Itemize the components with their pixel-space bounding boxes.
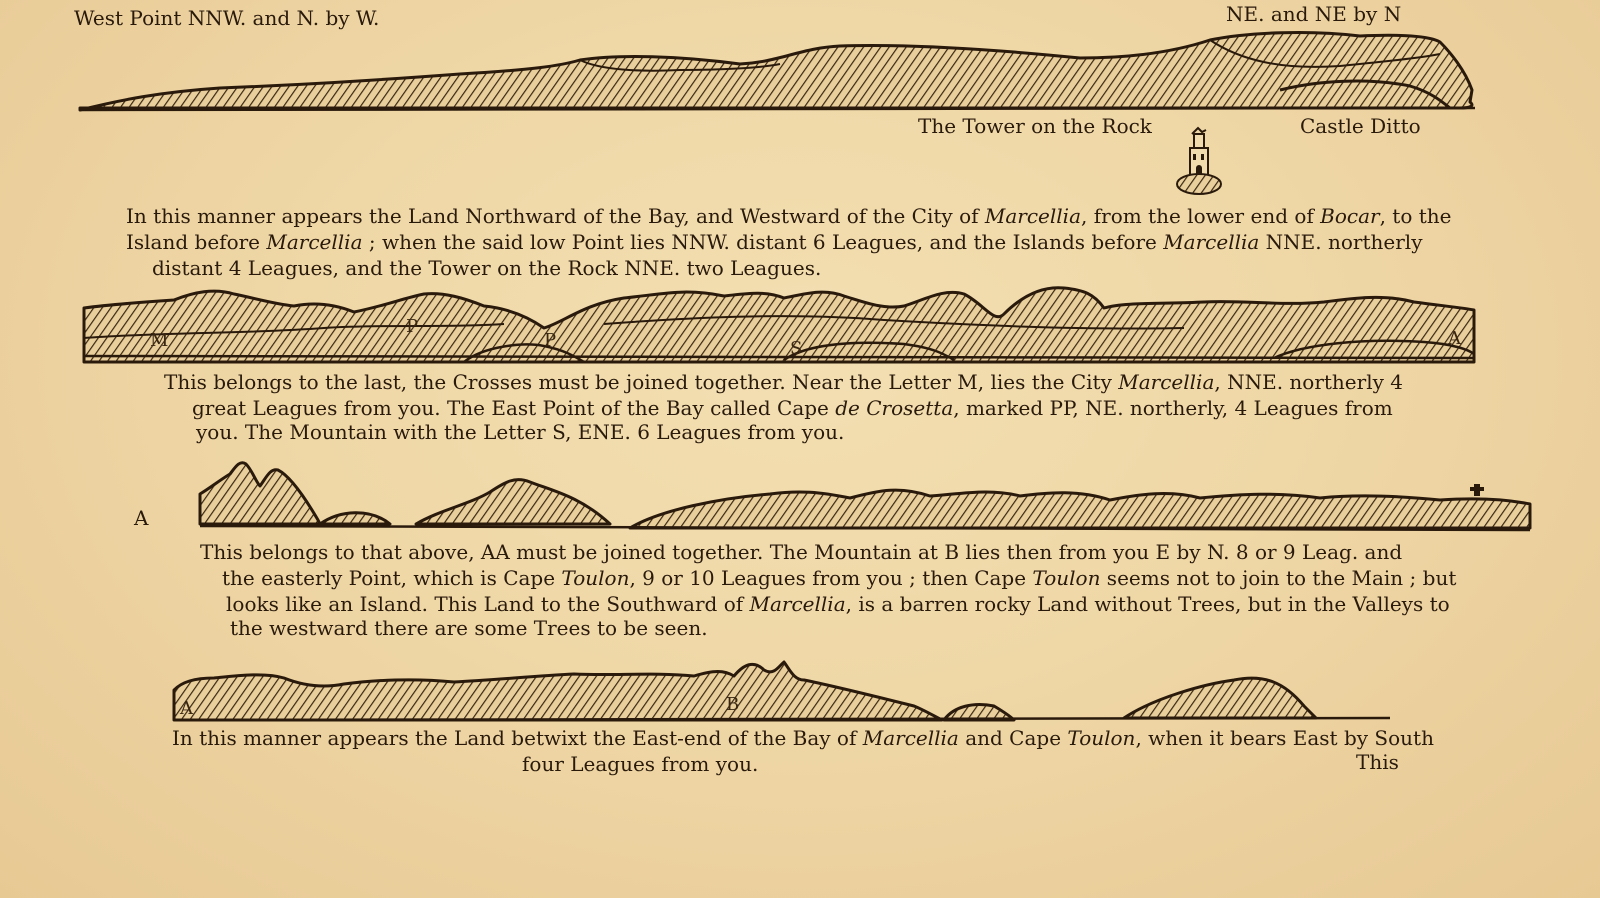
profile3-desc-line2: the easterly Point, which is Cape Toulon… [222,566,1456,591]
letter-B: B [726,694,739,715]
profile3-desc-line3: looks like an Island. This Land to the S… [226,592,1450,617]
profile1-left-bearing: West Point NNW. and N. by W. [74,6,379,30]
letter-A: A [179,698,194,719]
coastal-profile-4: A B [174,656,1394,726]
profile2-desc-line2: great Leagues from you. The East Point o… [192,396,1393,421]
profile1-right-bearing: NE. and NE by N [1226,2,1401,26]
profile4-description: In this manner appears the Land betwixt … [172,726,1432,780]
letter-P1: P [406,316,418,337]
profile2-description: This belongs to the last, the Crosses mu… [164,370,1464,448]
profile2-desc-line3: you. The Mountain with the Letter S, ENE… [196,420,844,445]
document-page: West Point NNW. and N. by W. NE. and NE … [0,0,1600,898]
letter-M: M [150,330,168,351]
coastal-profile-3 [200,456,1540,536]
profile1-desc-line1: In this manner appears the Land Northwar… [126,204,1452,229]
profile1-description: In this manner appears the Land Northwar… [126,204,1456,282]
profile2-desc-line1: This belongs to the last, the Crosses mu… [164,370,1403,395]
profile3-description: This belongs to that above, AA must be j… [200,540,1500,640]
cross-mark-icon [1470,484,1484,496]
letter-P2: P [544,330,556,351]
profile3-desc-line1: This belongs to that above, AA must be j… [200,540,1402,565]
coastal-profile-1 [80,30,1480,115]
margin-letter-A: A [134,506,148,530]
profile3-desc-line4: the westward there are some Trees to be … [230,616,708,641]
profile4-desc-line1: In this manner appears the Land betwixt … [172,726,1434,751]
catchword: This [1356,750,1399,775]
letter-A: A [1447,328,1462,349]
tower-on-rock-icon [1172,124,1228,198]
profile1-desc-line2: Island before Marcellia ; when the said … [126,230,1423,255]
profile1-desc-line3: distant 4 Leagues, and the Tower on the … [152,256,821,281]
tower-caption: The Tower on the Rock [918,114,1152,138]
castle-caption: Castle Ditto [1300,114,1421,138]
profile4-desc-line2: four Leagues from you. [522,752,758,777]
coastal-profile-2: M P P S A [84,284,1476,366]
